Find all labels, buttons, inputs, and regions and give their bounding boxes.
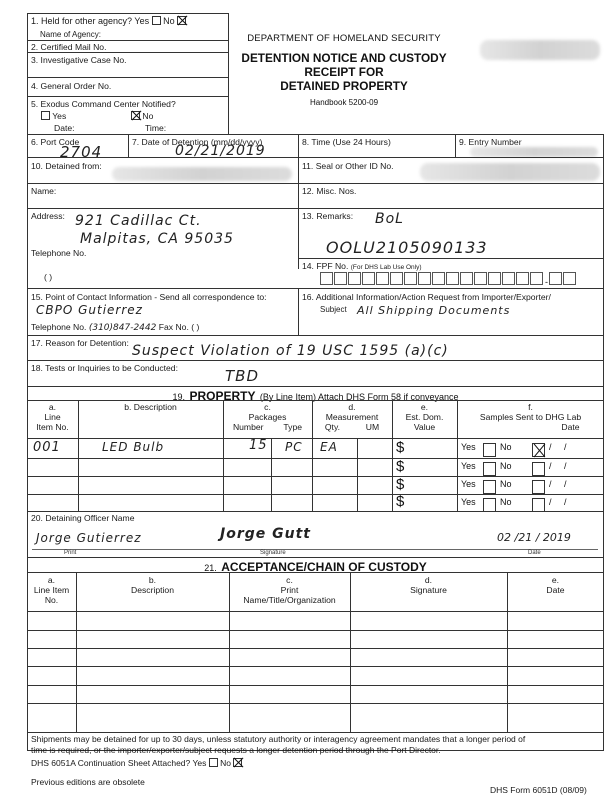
col-f-date: Date (457, 422, 604, 432)
col-c-packages: Packages (223, 412, 312, 422)
col-f-letter: f. (457, 402, 604, 412)
custody-row[interactable] (28, 686, 603, 703)
misc-nos-label: 12. Misc. Nos. (302, 186, 356, 196)
custody-row-line (27, 732, 604, 733)
custody-row[interactable] (28, 667, 603, 685)
remarks-line2[interactable]: OOLU2105090133 (326, 238, 488, 257)
notice-line1: Shipments may be detained for up to 30 d… (31, 734, 525, 745)
custody-col-a-no: No. (27, 595, 76, 605)
property-row: 001 LED Bulb 15 PC EA $ Yes No / / (27, 438, 604, 458)
q5-date-label: Date: (54, 123, 75, 133)
divider (27, 360, 604, 361)
dollar-sign-icon: $ (396, 439, 404, 456)
poc-tel-label: Telephone No. (31, 322, 86, 332)
address-line2[interactable]: Malpitas, CA 95035 (80, 231, 234, 247)
divider (128, 134, 129, 157)
row-description[interactable]: LED Bulb (102, 440, 164, 454)
fpf-box[interactable] (320, 272, 333, 285)
form-header: DEPARTMENT OF HOMELAND SECURITY DETENTIO… (228, 33, 460, 107)
no-label: No (500, 461, 512, 471)
officer-print-name[interactable]: Jorge Gutierrez (36, 531, 142, 545)
custody-col-e-header: e. Date (507, 575, 604, 595)
samples-no-checkbox[interactable] (532, 498, 545, 512)
officer-date[interactable]: 02 /21 / 2019 (497, 531, 571, 544)
prop-col-a-header: a. Line Item No. (27, 402, 78, 432)
divider (27, 40, 229, 41)
handbook-ref: Handbook 5200-09 (228, 98, 460, 107)
col-c-number: Number (233, 422, 264, 432)
custody-col-c-letter: c. (229, 575, 350, 585)
continuation-no-label: No (220, 758, 231, 768)
continuation-yes-checkbox[interactable] (209, 758, 218, 767)
fpf-box[interactable] (432, 272, 445, 285)
officer-label: 20. Detaining Officer Name (31, 513, 135, 523)
time-label: 8. Time (Use 24 Hours) (302, 137, 391, 147)
fpf-box[interactable] (446, 272, 459, 285)
poc-telephone: Telephone No. (310)847-2442 Fax No. ( ) (31, 322, 199, 333)
q5-yes-checkbox[interactable] (41, 111, 50, 120)
telephone-parens[interactable]: ( ) (44, 272, 52, 282)
q2-certified-mail-label: 2. Certified Mail No. (31, 42, 106, 52)
continuation-yes-label: Yes (192, 758, 206, 768)
telephone-label: Telephone No. (31, 248, 86, 258)
continuation-no-checkbox[interactable] (233, 758, 242, 767)
property-row: $ Yes No / / (27, 458, 604, 476)
q1-no-label: No (163, 16, 175, 26)
q5-no-option: No (131, 111, 153, 121)
no-label: No (500, 479, 512, 489)
additional-info-value[interactable]: All Shipping Documents (357, 304, 510, 317)
fpf-box[interactable] (516, 272, 529, 285)
yes-label: Yes (461, 497, 476, 507)
q5-yes-option: Yes (41, 111, 66, 121)
divider (27, 511, 604, 512)
col-e-value: Value (392, 422, 457, 432)
poc-fax-label[interactable]: Fax No. ( ) (159, 322, 200, 332)
divider (298, 134, 299, 269)
row-line-item[interactable]: 001 (33, 440, 61, 455)
custody-col-e-letter: e. (507, 575, 604, 585)
fpf-box[interactable] (362, 272, 375, 285)
sample-date[interactable]: / / (549, 479, 567, 489)
remarks-line1[interactable]: BoL (375, 211, 404, 227)
sample-date[interactable]: / / (549, 497, 567, 507)
detention-notice: Shipments may be detained for up to 30 d… (31, 734, 525, 756)
q1-no-checkbox[interactable] (177, 16, 186, 25)
fpf-note: (For DHS Lab Use Only) (351, 264, 422, 271)
form-id: DHS Form 6051D (08/09) (490, 785, 587, 795)
custody-row[interactable] (28, 704, 603, 732)
divider (27, 572, 604, 573)
custody-col-b-header: b. Description (76, 575, 229, 595)
custody-row[interactable] (28, 612, 603, 630)
prop-col-e-header: e. Est. Dom. Value (392, 402, 457, 432)
fpf-box[interactable] (418, 272, 431, 285)
yes-label: Yes (461, 442, 476, 452)
form-title-line2: RECEIPT FOR (228, 65, 460, 79)
q3-case-no-label: 3. Investigative Case No. (31, 55, 127, 65)
prop-col-b-header: b. Description (78, 402, 223, 412)
divider (455, 134, 456, 157)
continuation-sheet-question: DHS 6051A Continuation Sheet Attached? Y… (31, 758, 242, 768)
col-c-type: Type (283, 422, 302, 432)
custody-col-d-letter: d. (350, 575, 507, 585)
name-label: Name: (31, 186, 56, 196)
divider (298, 258, 604, 259)
poc-label: 15. Point of Contact Information - Send … (31, 292, 267, 302)
poc-tel-value[interactable]: (310)847-2442 (89, 323, 157, 333)
samples-no-checkbox[interactable] (532, 462, 545, 476)
sample-date[interactable]: / / (549, 442, 567, 452)
redacted-entry-number (470, 147, 598, 157)
dollar-sign-icon: $ (396, 458, 404, 475)
col-d-um: UM (366, 422, 379, 432)
fpf-label-text: 14. FPF No. (302, 261, 348, 271)
notice-line2: time is required, or the importer/export… (31, 745, 525, 756)
divider (27, 400, 604, 401)
fpf-box[interactable] (348, 272, 361, 285)
fpf-box[interactable] (404, 272, 417, 285)
q1-label: 1. Held for other agency? (31, 16, 132, 26)
obsolete-notice: Previous editions are obsolete (31, 777, 145, 787)
no-label: No (500, 497, 512, 507)
custody-col-e-date: Date (507, 585, 604, 595)
fpf-box[interactable] (530, 272, 543, 285)
divider (27, 208, 604, 209)
q5-exodus-label: 5. Exodus Command Center Notified? (31, 99, 176, 109)
reason-value[interactable]: Suspect Violation of 19 USC 1595 (a)(c) (132, 343, 449, 359)
col-d-letter: d. (312, 402, 392, 412)
divider (27, 183, 604, 184)
remarks-label: 13. Remarks: (302, 211, 353, 221)
col-d-measurement: Measurement (312, 412, 392, 422)
q5-no-checkbox[interactable] (131, 111, 140, 120)
col-e-est-dom: Est. Dom. (392, 412, 457, 422)
redacted-area (480, 40, 600, 60)
q1-yes-checkbox[interactable] (152, 16, 161, 25)
redacted-seal-id (420, 163, 600, 181)
divider (27, 157, 604, 158)
q1-held-for-agency: 1. Held for other agency? Yes No (31, 16, 186, 26)
property-row: $ Yes No / / (27, 476, 604, 494)
fpf-box[interactable] (563, 272, 576, 285)
seal-id-label: 11. Seal or Other ID No. (302, 161, 394, 171)
additional-subject-label: Subject (320, 305, 347, 315)
date-caption: Date (528, 550, 541, 556)
custody-col-a-header: a. Line Item No. (27, 575, 76, 605)
divider (27, 52, 229, 53)
no-label: No (500, 442, 512, 452)
col-e-letter: e. (392, 402, 457, 412)
fpf-box[interactable] (502, 272, 515, 285)
samples-yes-checkbox[interactable] (483, 462, 496, 476)
property-row: $ Yes No / / (27, 494, 604, 511)
fpf-box[interactable] (474, 272, 487, 285)
q5-yes-label: Yes (52, 111, 66, 121)
redacted-detained-from (112, 167, 292, 181)
address-label: Address: (31, 211, 65, 221)
q5-no-label: No (142, 111, 153, 121)
divider (27, 335, 604, 336)
col-a-item-no: Item No. (27, 422, 78, 432)
entry-number-label: 9. Entry Number (459, 137, 522, 147)
col-a-line: Line (27, 412, 78, 422)
samples-no-checkbox[interactable] (532, 443, 545, 457)
col-d-qty: Qty. (325, 422, 340, 432)
q4-general-order-label: 4. General Order No. (31, 81, 111, 91)
officer-signature[interactable]: Jorge Gutt (220, 526, 311, 542)
custody-col-b-description: Description (76, 585, 229, 595)
custody-col-d-signature: Signature (350, 585, 507, 595)
reason-label: 17. Reason for Detention: (31, 338, 129, 348)
row-package-number[interactable]: 15 (249, 438, 268, 453)
agency-name-label: Name of Agency: (40, 30, 101, 40)
poc-value[interactable]: CBPO Gutierrez (36, 303, 143, 317)
samples-no-checkbox[interactable] (532, 480, 545, 494)
samples-yes-checkbox[interactable] (483, 480, 496, 494)
tests-label: 18. Tests or Inquiries to be Conducted: (31, 363, 178, 373)
prop-col-f-header: f. Samples Sent to DHG Lab Date (457, 402, 604, 432)
custody-row[interactable] (28, 631, 603, 648)
tests-value[interactable]: TBD (225, 367, 259, 385)
signature-line (32, 549, 598, 550)
fpf-box[interactable] (488, 272, 501, 285)
sample-date[interactable]: / / (549, 461, 567, 471)
yes-label: Yes (461, 461, 476, 471)
col-c-letter: c. (223, 402, 312, 412)
divider (27, 96, 229, 97)
custody-col-d-header: d. Signature (350, 575, 507, 595)
department-name: DEPARTMENT OF HOMELAND SECURITY (228, 33, 460, 44)
fpf-box[interactable] (460, 272, 473, 285)
continuation-label: DHS 6051A Continuation Sheet Attached? (31, 758, 190, 768)
detained-from-label: 10. Detained from: (31, 161, 102, 171)
custody-col-a-line-item: Line Item (27, 585, 76, 595)
custody-col-a-letter: a. (27, 575, 76, 585)
fpf-box[interactable] (376, 272, 389, 285)
custody-section-title: 21. ACCEPTANCE/CHAIN OF CUSTODY (27, 558, 604, 576)
port-code-value[interactable]: 2704 (60, 143, 102, 161)
samples-yes-checkbox[interactable] (483, 443, 496, 457)
q5-time-label: Time: (145, 123, 166, 133)
col-a-letter: a. (27, 402, 78, 412)
signature-caption: Signature (260, 550, 286, 556)
form-title-line1: DETENTION NOTICE AND CUSTODY (228, 51, 460, 65)
col-f-samples: Samples Sent to DHG Lab (457, 412, 604, 422)
custody-col-c-name-title-org: Name/Title/Organization (229, 595, 350, 605)
yes-label: Yes (461, 479, 476, 489)
fpf-box[interactable] (390, 272, 403, 285)
fpf-box[interactable] (334, 272, 347, 285)
prop-col-d-header: d. Measurement Qty.UM (312, 402, 392, 432)
q1-yes-label: Yes (134, 16, 149, 26)
additional-info-label: 16. Additional Information/Action Reques… (302, 292, 551, 302)
print-caption: Print (64, 550, 76, 556)
prop-col-c-header: c. Packages NumberType (223, 402, 312, 432)
divider (298, 288, 299, 335)
fpf-box[interactable] (549, 272, 562, 285)
dollar-sign-icon: $ (396, 476, 404, 493)
samples-yes-checkbox[interactable] (483, 498, 496, 512)
divider (27, 288, 604, 289)
row-package-type[interactable]: PC (285, 440, 303, 454)
form-title-line3: DETAINED PROPERTY (228, 79, 460, 93)
dollar-sign-icon: $ (396, 493, 404, 510)
custody-col-c-print: Print (229, 585, 350, 595)
row-measurement-qty[interactable]: EA (320, 440, 338, 454)
address-line1[interactable]: 921 Cadillac Ct. (75, 213, 202, 229)
custody-col-c-header: c. Print Name/Title/Organization (229, 575, 350, 605)
divider (27, 77, 229, 78)
custody-row[interactable] (28, 649, 603, 666)
custody-col-b-letter: b. (76, 575, 229, 585)
